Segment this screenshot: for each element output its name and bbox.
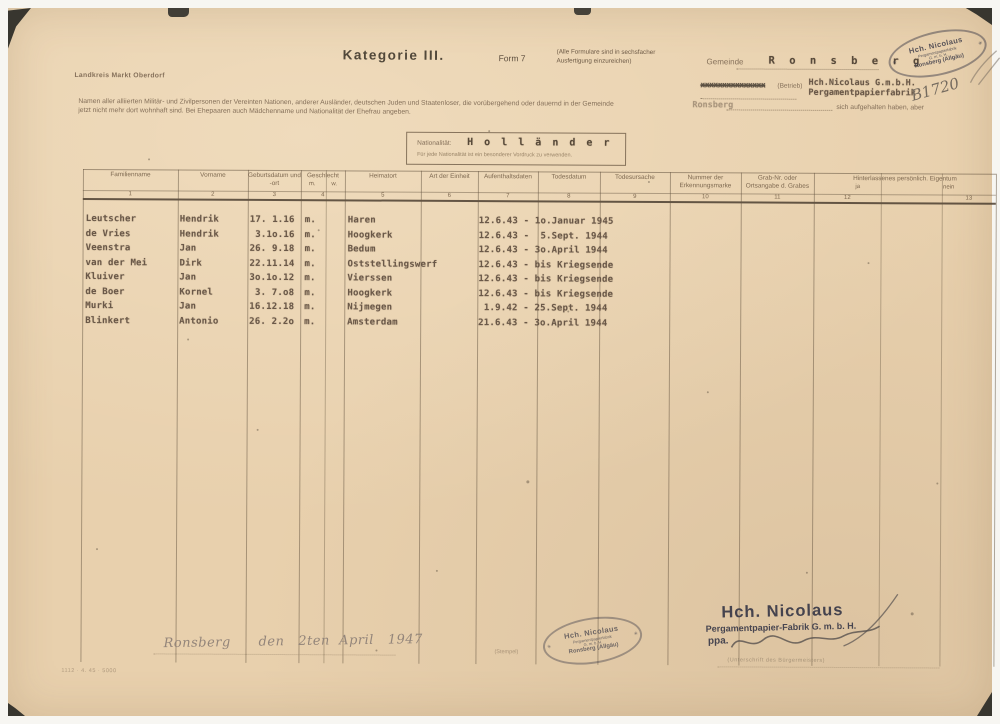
column-header: Nummer der Erkennungsmarke: [670, 174, 741, 193]
column-header-label: Nummer der Erkennungsmarke: [670, 174, 741, 190]
column-number: 6: [421, 193, 478, 199]
cell-aufenthaltsdaten: 12.6.43 - 3o.April 1944: [479, 245, 608, 256]
record-table: Familienname1Vorname2Geburtsdatum und -o…: [9, 8, 993, 13]
copies-note: (Alle Formulare sind in sechsfacher Ausf…: [557, 48, 656, 66]
column-number: 3: [248, 192, 301, 198]
cell-familienname: Kluiver: [85, 272, 124, 282]
cell-familienname: Leutscher: [86, 214, 137, 224]
column-header-label: Hinterlassenes persönlich. Eigentum: [853, 175, 957, 183]
cell-aufenthaltsdaten: 12.6.43 - bis Kriegsende: [478, 289, 613, 300]
column-header-label: Aufenthaltsdaten: [484, 173, 532, 181]
paper-speck: [648, 181, 650, 183]
column-header: Vorname: [178, 171, 248, 190]
column-header: Hinterlassenes persönlich. Eigentumjanei…: [814, 175, 996, 195]
stamp-star-icon: ✳: [634, 632, 639, 638]
column-number: 10: [670, 194, 741, 200]
column-header-label: Geschlecht: [307, 172, 339, 180]
instructions-continuation: sich aufgehalten haben, aber: [836, 104, 924, 111]
landkreis-label: Landkreis Markt Oberdorf: [74, 72, 164, 79]
cell-aufenthaltsdaten: 21.6.43 - 3o.April 1944: [478, 318, 607, 329]
paper-speck: [436, 570, 438, 572]
column-header: Grab-Nr. oder Ortsangabe d. Grabes: [741, 174, 814, 193]
instructions-line2: jetzt nicht mehr dort wohnhaft sind. Bei…: [78, 107, 598, 117]
paper-speck: [187, 339, 189, 341]
paper-speck: [318, 229, 320, 231]
column-subheader: nein: [943, 184, 954, 191]
cell-heimatort: Oststellingswerf: [347, 259, 437, 269]
column-header-label: Geburtsdatum und -ort: [248, 172, 301, 188]
struck-out-text: xxxxxxxxxxxxxxx: [700, 80, 765, 89]
table-column-rule: [993, 174, 997, 667]
paper-speck: [526, 480, 529, 483]
cell-vorname: Hendrik: [180, 229, 219, 239]
column-header: Todesdatum: [538, 173, 600, 192]
form-number: Form 7: [499, 53, 526, 63]
cell-geburtsdatum: 16.12.18: [249, 302, 294, 312]
company-oval-stamp-footer: ✳ ✳ Hch. Nicolaus Pergamentpapierfabrik …: [540, 610, 646, 671]
cell-geschlecht: m.: [305, 215, 316, 225]
paper-speck: [375, 650, 377, 652]
cell-heimatort: Amsterdam: [347, 317, 398, 327]
cell-familienname: Blinkert: [85, 316, 130, 326]
date-dotted-line: [153, 652, 395, 655]
column-subheader: ja: [855, 184, 860, 191]
cell-geschlecht: m.: [304, 317, 315, 327]
cell-heimatort: Hoogkerk: [348, 230, 393, 240]
column-header-label: Grab-Nr. oder Ortsangabe d. Grabes: [741, 174, 814, 190]
cell-heimatort: Bedum: [348, 244, 376, 254]
firm-name-typed: Hch.Nicolaus G.m.b.H.: [808, 78, 916, 89]
cell-geschlecht: m.: [305, 230, 316, 240]
cell-aufenthaltsdaten: 12.6.43 - bis Kriegsende: [478, 260, 613, 271]
paper-speck: [868, 262, 870, 264]
cell-familienname: van der Mei: [85, 258, 147, 268]
cell-geburtsdatum: 3o.1o.12: [249, 273, 294, 283]
paper-speck: [257, 429, 259, 431]
table-row: BlinkertAntonio26. 2.2om.Amsterdam21.6.4…: [7, 315, 991, 332]
paper-speck: [567, 311, 569, 313]
cell-vorname: Kornel: [179, 287, 213, 297]
column-header-label: Heimatort: [369, 172, 397, 180]
column-header: Geschlechtm.w.: [301, 172, 345, 191]
cell-heimatort: Hoogkerk: [347, 288, 392, 298]
gemeinde-dotted-line: [737, 67, 879, 70]
column-number: 5: [345, 192, 421, 198]
firm-branch-typed: Pergamentpapierfabrik: [808, 88, 916, 99]
column-subheader: m.: [309, 181, 316, 188]
copies-note-line2: Ausfertigung einzureichen): [557, 57, 656, 66]
column-subheader: w.: [331, 181, 337, 188]
signature-caption: (Unterschrift des Bürgermeisters): [727, 657, 825, 664]
column-number: 7: [478, 193, 538, 199]
signature-dotted-line: [717, 665, 939, 668]
column-header-label: Vorname: [200, 172, 226, 180]
nationality-note: Für jede Nationalität ist ein besonderer…: [417, 152, 572, 159]
pencil-marks: [966, 47, 1000, 89]
cell-aufenthaltsdaten: 12.6.43 - 1o.Januar 1945: [479, 216, 614, 227]
cell-geburtsdatum: 26. 2.2o: [249, 316, 294, 326]
cell-heimatort: Haren: [348, 215, 376, 225]
paper-speck: [96, 548, 98, 550]
column-number: 8: [538, 193, 600, 199]
column-number: 1: [83, 191, 178, 197]
column-number: 13: [942, 195, 996, 201]
column-header-label: Familienname: [110, 171, 150, 179]
column-number: 12: [814, 195, 881, 201]
edge-nick: [574, 8, 591, 15]
cell-geschlecht: m.: [304, 302, 315, 312]
cell-geburtsdatum: 3.1o.16: [250, 229, 295, 239]
nationality-value: H o l l ä n d e r: [467, 137, 612, 149]
column-number: 4: [301, 192, 345, 198]
cell-familienname: de Boer: [85, 287, 124, 297]
print-code: 1112 · 4. 45 · 5000: [61, 668, 116, 674]
stempel-note: (Stempel): [494, 649, 518, 655]
cell-geschlecht: m.: [304, 288, 315, 298]
cell-vorname: Jan: [180, 244, 197, 254]
column-header: Todesursache: [600, 174, 670, 193]
betrieb-label: (Betrieb): [777, 83, 802, 90]
paper-speck: [148, 158, 150, 160]
paper-speck: [488, 130, 490, 132]
paper-speck: [911, 612, 914, 615]
document-page: Landkreis Markt Oberdorf Kategorie III. …: [8, 8, 992, 716]
cell-familienname: de Vries: [86, 229, 131, 239]
cell-geburtsdatum: 17. 1.16: [250, 215, 295, 225]
copies-note-line1: (Alle Formulare sind in sechsfacher: [557, 48, 656, 57]
paper-speck: [936, 482, 938, 484]
handwritten-reference: B1720: [909, 74, 961, 105]
cell-aufenthaltsdaten: 12.6.43 - 5.Sept. 1944: [479, 231, 608, 242]
paper-speck: [707, 391, 709, 393]
cell-geburtsdatum: 22.11.14: [249, 258, 294, 268]
cell-geschlecht: m.: [305, 244, 316, 254]
column-header: Art der Einheit: [421, 173, 478, 192]
cell-geburtsdatum: 26. 9.18: [250, 244, 295, 254]
cell-aufenthaltsdaten: 12.6.43 - bis Kriegsende: [478, 274, 613, 285]
instruction-dotted-line: [726, 108, 832, 111]
stamp-star-icon: ✳: [892, 61, 897, 68]
cell-geschlecht: m.: [304, 259, 315, 269]
column-number: 11: [741, 194, 814, 200]
cell-familienname: Veenstra: [86, 243, 131, 253]
cell-vorname: Dirk: [179, 258, 202, 268]
cell-geschlecht: m.: [304, 273, 315, 283]
cell-heimatort: Nijmegen: [347, 302, 392, 312]
cell-vorname: Jan: [179, 273, 196, 283]
cell-familienname: Murki: [85, 301, 113, 311]
cell-geburtsdatum: 3. 7.o8: [249, 287, 294, 297]
cell-vorname: Jan: [179, 302, 196, 312]
edge-nick: [168, 8, 189, 17]
cell-vorname: Hendrik: [180, 215, 219, 225]
page-title: Kategorie III.: [343, 47, 445, 63]
column-header: Aufenthaltsdaten: [478, 173, 538, 192]
signature-handwriting: [723, 613, 903, 662]
column-header-label: Todesdatum: [552, 173, 587, 181]
cell-vorname: Antonio: [179, 316, 218, 326]
column-header: Geburtsdatum und -ort: [248, 172, 301, 191]
column-header: Heimatort: [345, 172, 421, 191]
column-number: 9: [600, 194, 670, 200]
cell-aufenthaltsdaten: 1.9.42 - 25.Sept. 1944: [478, 303, 607, 314]
cell-heimatort: Vierssen: [347, 273, 392, 283]
nationality-label: Nationalität:: [417, 140, 451, 147]
gemeinde-label: Gemeinde: [707, 57, 744, 66]
nationality-box: Nationalität: H o l l ä n d e r Für jede…: [406, 132, 626, 166]
column-number: 2: [178, 191, 248, 197]
handwritten-place-date: Ronsberg den 2ten April 1947: [163, 632, 423, 651]
column-header: Familienname: [83, 171, 178, 190]
stamp-star-icon: ✳: [547, 645, 552, 651]
column-header-label: Art der Einheit: [429, 173, 470, 181]
paper-speck: [806, 572, 808, 574]
